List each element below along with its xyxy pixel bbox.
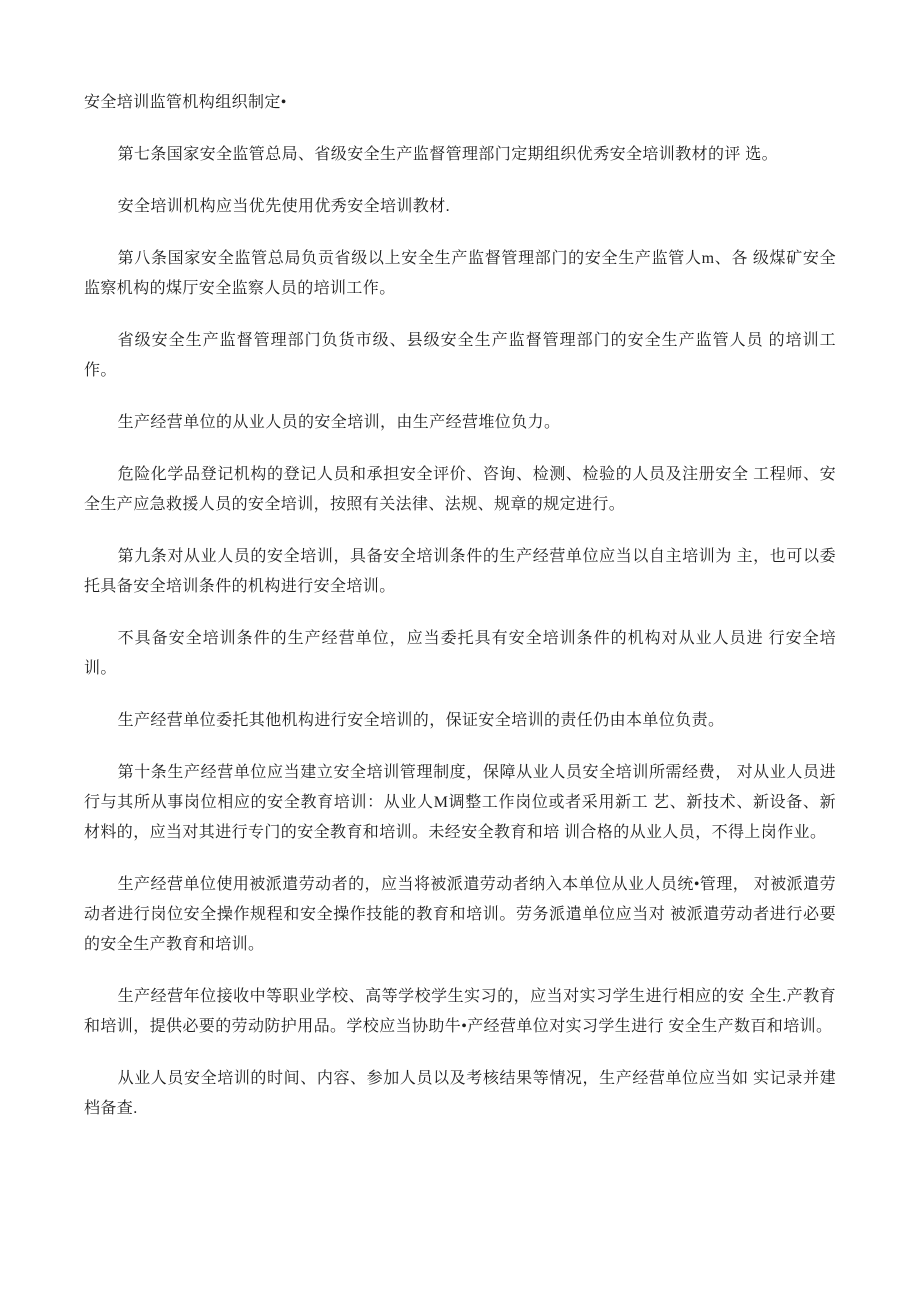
paragraph: 不具备安全培训条件的生产经营单位，应当委托具有安全培训条件的机构对从业人员进 行… <box>84 624 836 684</box>
paragraph: 安全培训监管机构组织制定• <box>84 88 836 118</box>
paragraph: 第十条生产经营单位应当建立安全培训管理制度，保障从业人员安全培训所需经费， 对从… <box>84 758 836 848</box>
paragraph: 生产经营年位接收中等职业学校、高等学校学生实习的，应当对实习学生进行相应的安 全… <box>84 982 836 1042</box>
paragraph: 第九条对从业人员的安全培训，具备安全培训条件的生产经营单位应当以自主培训为 主，… <box>84 542 836 602</box>
paragraph: 安全培训机构应当优先使用优秀安全培训教材. <box>84 192 836 222</box>
paragraph: 危险化学品登记机构的登记人员和承担安全评价、咨询、检测、检验的人员及注册安全 工… <box>84 460 836 520</box>
document-viewport: { "page": { "background": "#ffffff", "te… <box>0 0 920 1301</box>
paragraph: 生产经营单位的从业人员的安全培训，由生产经营堆位负力。 <box>84 408 836 438</box>
paragraph: 生产经营单位委托其他机构进行安全培训的，保证安全培训的责任仍由本单位负责。 <box>84 706 836 736</box>
paragraph: 从业人员安全培训的时间、内容、参加人员以及考核结果等情况，生产经营单位应当如 实… <box>84 1064 836 1124</box>
paragraph: 第八条国家安全监管总局负贡省级以上安全生产监督管理部门的安全生产监管人m、各 级… <box>84 244 836 304</box>
paragraph: 省级安全生产监督管理部门负货市级、县级安全生产监督管理部门的安全生产监管人员 的… <box>84 326 836 386</box>
paragraph: 生产经营单位使用被派遣劳动者的，应当将被派遣劳动者纳入本单位从业人员统•管理， … <box>84 870 836 960</box>
paragraph: 第七条国家安全监管总局、省级安全生产监督管理部门定期组织优秀安全培训教材的评 选… <box>84 140 836 170</box>
document-page: 安全培训监管机构组织制定• 第七条国家安全监管总局、省级安全生产监督管理部门定期… <box>0 0 920 1301</box>
